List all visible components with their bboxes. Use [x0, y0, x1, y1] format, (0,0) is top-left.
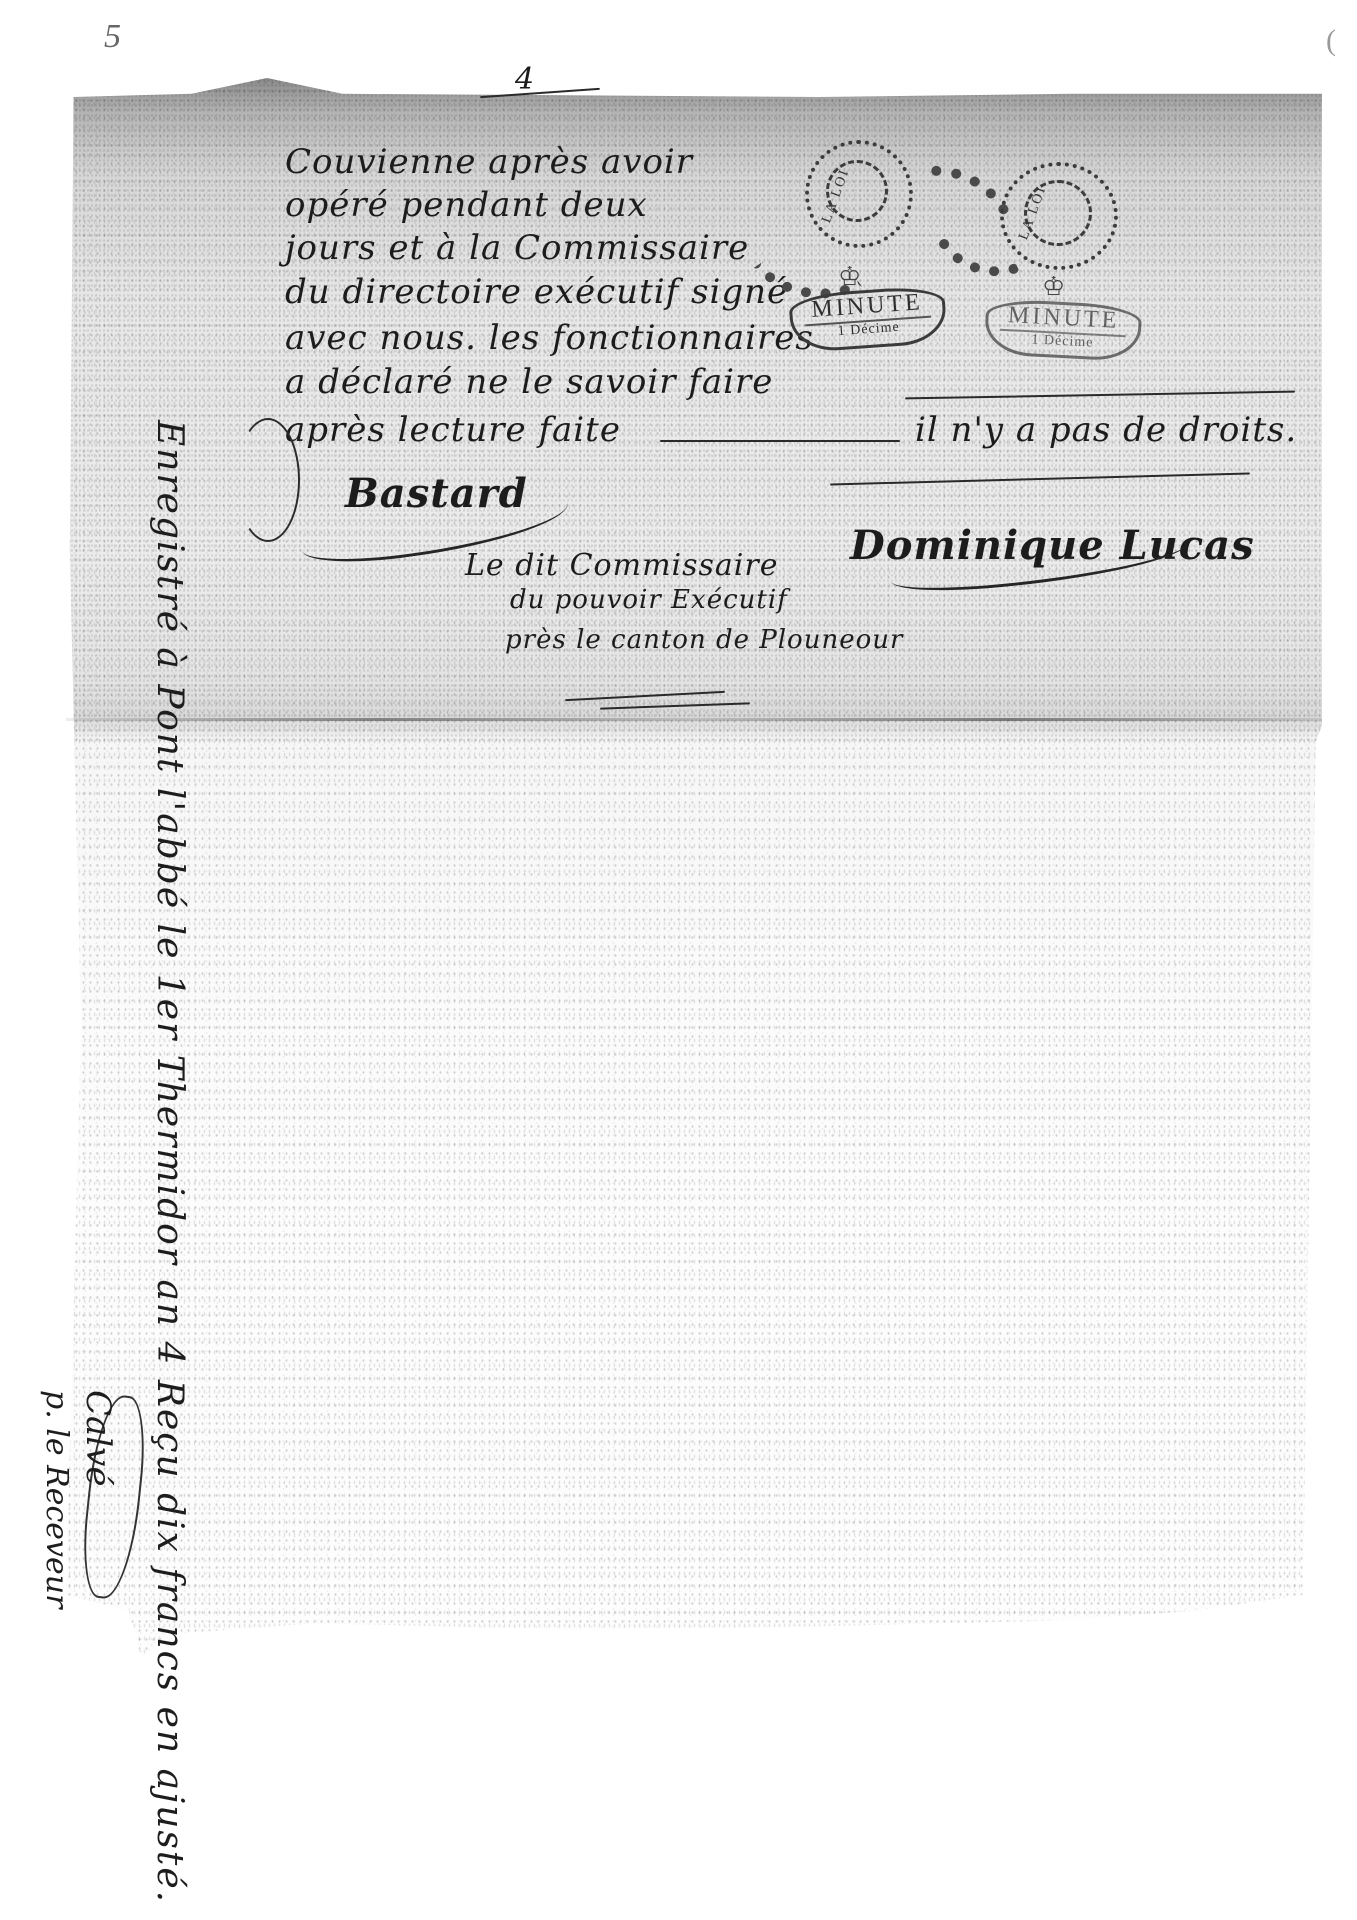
official-line-1: Le dit Commissaire	[465, 548, 778, 583]
body-line-5: avec nous. les fonctionnaires	[285, 318, 814, 358]
body-line-4: du directoire exécutif signé	[285, 272, 788, 312]
body-line-1: Couvienne après avoir	[285, 142, 693, 182]
body-line-8: il n'y a pas de droits.	[915, 410, 1297, 450]
margin-initial-flourish	[236, 418, 300, 542]
body-line-7: après lecture faite	[285, 410, 621, 450]
line-7-fill-rule	[660, 440, 900, 442]
registrar-signature: Calvé p. le Receveur	[39, 1390, 118, 1608]
margin-registration-note: Enregistré à Pont l'abbé le 1er Thermido…	[149, 420, 190, 1904]
registrar-signature-title: p. le Receveur	[39, 1390, 74, 1608]
body-line-6: a déclaré ne le savoir faire	[285, 362, 773, 402]
fold-line	[66, 718, 1322, 721]
page-corner-mark-left: 5	[104, 18, 121, 56]
page-corner-mark-right: (	[1326, 24, 1336, 58]
body-line-3: jours et à la Commissaire	[285, 228, 749, 268]
registrar-signature-name: Calvé	[78, 1390, 118, 1608]
official-line-3: près le canton de Plouneour	[505, 625, 903, 655]
stamp-left-crown-icon: ♔	[838, 262, 861, 292]
body-line-2: opéré pendant deux	[285, 185, 648, 225]
stamp-right-crown-icon: ♔	[1042, 272, 1065, 302]
official-line-2: du pouvoir Exécutif	[510, 585, 788, 615]
stamp-right-banner-text: MINUTE	[1007, 302, 1120, 334]
